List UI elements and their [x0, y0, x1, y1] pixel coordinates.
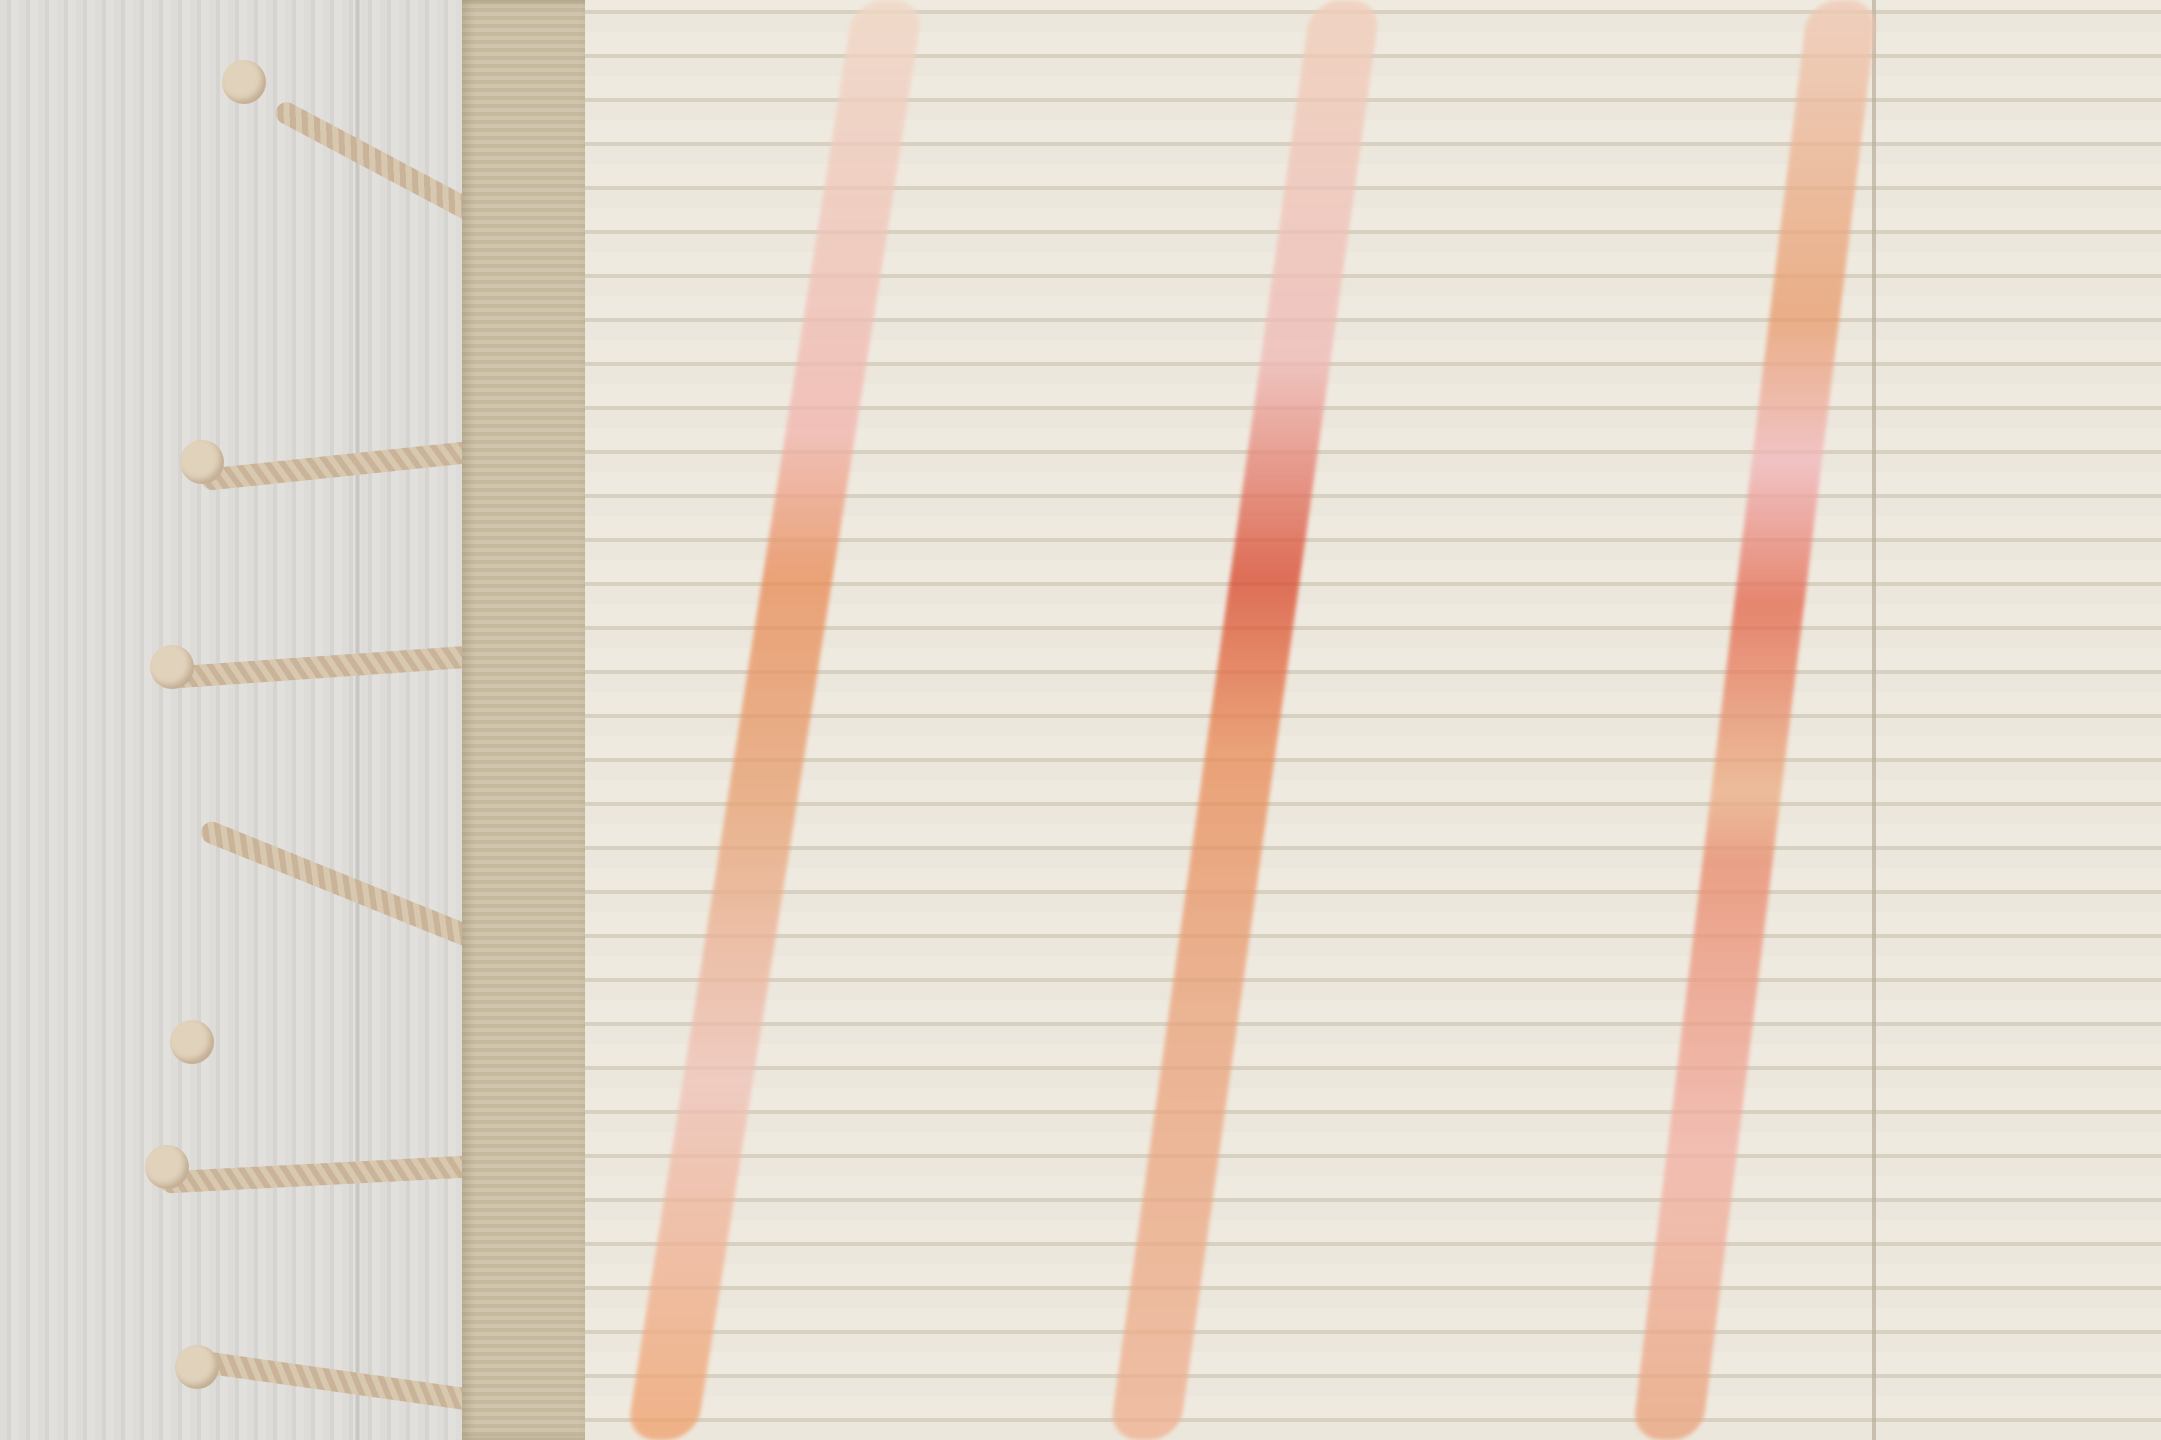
tassel-knot [170, 1020, 214, 1064]
tassel-knot [150, 645, 194, 689]
tassel-knot [222, 60, 266, 104]
tassel-knot [180, 440, 224, 484]
wood-floor [0, 0, 470, 1440]
tassel-knot [175, 1345, 219, 1389]
tassel-knot [145, 1145, 189, 1189]
rug-seam [1872, 0, 1876, 1440]
rug-border-band [462, 0, 594, 1440]
